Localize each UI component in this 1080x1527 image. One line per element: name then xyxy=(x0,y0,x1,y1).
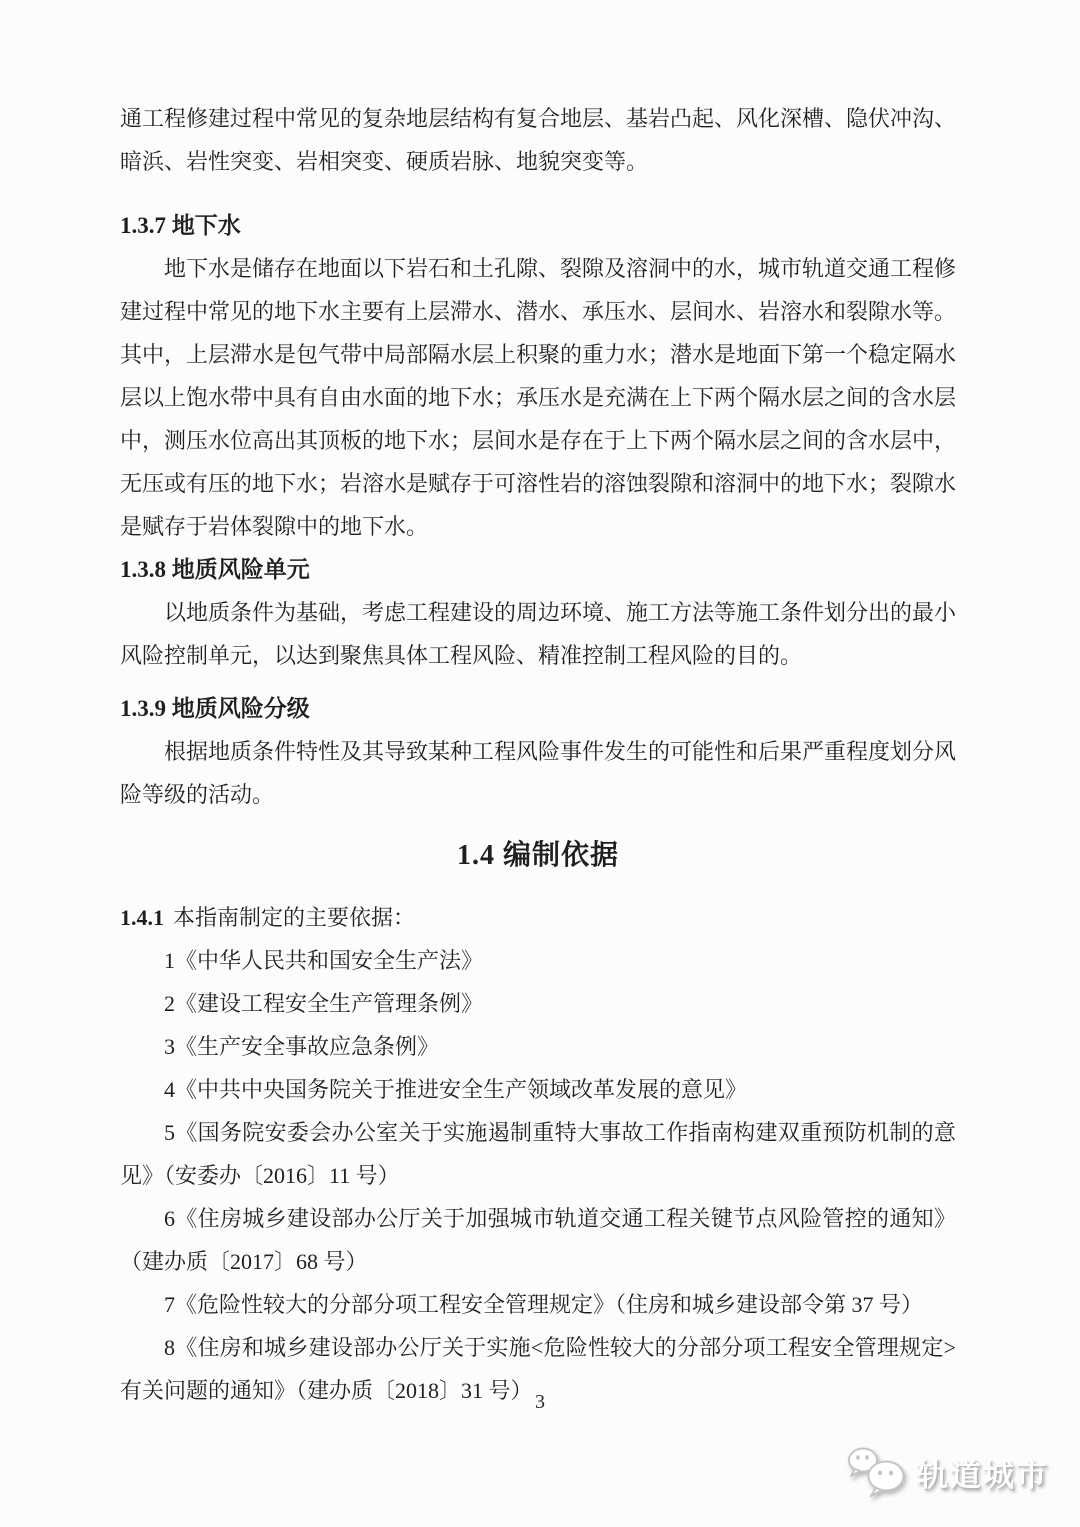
reference-item-1: 1《中华人民共和国安全生产法》 xyxy=(120,939,956,982)
section-heading-1-3-9: 1.3.9 地质风险分级 xyxy=(120,687,956,730)
chapter-heading-1-4: 1.4 编制依据 xyxy=(120,833,956,879)
wechat-logo-icon xyxy=(846,1447,910,1497)
reference-item-2: 2《建设工程安全生产管理条例》 xyxy=(120,982,956,1025)
clause-text: 本指南制定的主要依据： xyxy=(173,905,415,930)
section-paragraph-1-3-9: 根据地质条件特性及其导致某种工程风险事件发生的可能性和后果严重程度划分风险等级的… xyxy=(120,730,956,816)
section-paragraph-1-3-7: 地下水是储存在地面以下岩石和土孔隙、裂隙及溶洞中的水，城市轨道交通工程修建过程中… xyxy=(120,247,956,548)
clause-number: 1.4.1 xyxy=(120,905,164,930)
reference-item-3: 3《生产安全事故应急条例》 xyxy=(120,1025,956,1068)
section-paragraph-1-3-8: 以地质条件为基础，考虑工程建设的周边环境、施工方法等施工条件划分出的最小风险控制… xyxy=(120,591,956,677)
page-number: 3 xyxy=(0,1390,1080,1414)
section-heading-1-3-7: 1.3.7 地下水 xyxy=(120,204,956,247)
clause-1-4-1: 1.4.1本指南制定的主要依据： xyxy=(120,896,956,939)
paragraph-continuation: 通工程修建过程中常见的复杂地层结构有复合地层、基岩凸起、风化深槽、隐伏冲沟、暗浜… xyxy=(120,97,956,183)
page-content: 通工程修建过程中常见的复杂地层结构有复合地层、基岩凸起、风化深槽、隐伏冲沟、暗浜… xyxy=(120,97,956,1412)
reference-item-4: 4《中共中央国务院关于推进安全生产领域改革发展的意见》 xyxy=(120,1068,956,1111)
document-page: 通工程修建过程中常见的复杂地层结构有复合地层、基岩凸起、风化深槽、隐伏冲沟、暗浜… xyxy=(0,0,1080,1527)
watermark: 轨道城市 xyxy=(846,1447,1049,1497)
reference-item-5: 5《国务院安委会办公室关于实施遏制重特大事故工作指南构建双重预防机制的意见》（安… xyxy=(120,1111,956,1197)
watermark-text: 轨道城市 xyxy=(917,1450,1049,1495)
reference-item-6: 6《住房城乡建设部办公厅关于加强城市轨道交通工程关键节点风险管控的通知》（建办质… xyxy=(120,1197,956,1283)
reference-item-7: 7《危险性较大的分部分项工程安全管理规定》（住房和城乡建设部令第 37 号） xyxy=(120,1283,956,1326)
section-heading-1-3-8: 1.3.8 地质风险单元 xyxy=(120,548,956,591)
